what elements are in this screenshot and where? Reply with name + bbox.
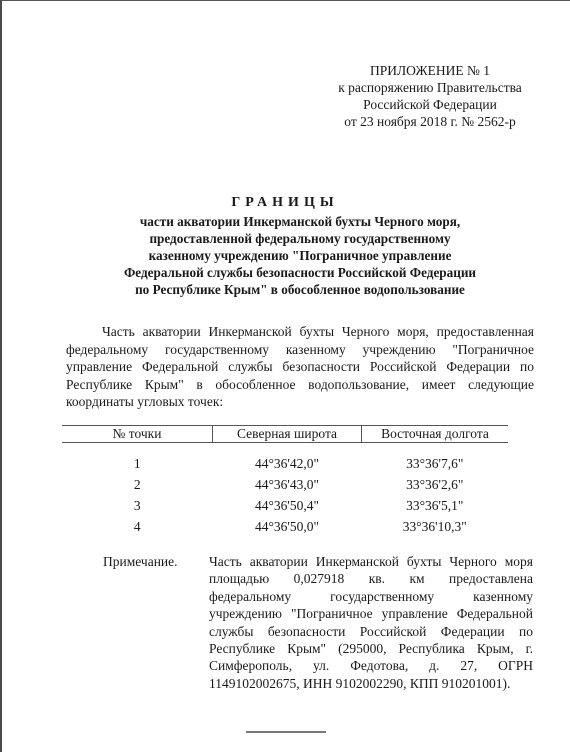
document-title: ГРАНИЦЫ	[0, 195, 570, 211]
subtitle-line: по Республике Крым" в обособленное водоп…	[100, 281, 500, 298]
latitude: 44°36'42,0"	[213, 453, 362, 474]
point-number: 2	[62, 474, 213, 495]
subtitle-line: казенному учреждению "Пограничное управл…	[100, 247, 500, 264]
coordinates-table: № точки Северная широта Восточная долгот…	[62, 425, 508, 537]
appendix-date: от 23 ноября 2018 г. № 2562-р	[300, 113, 560, 130]
table-header-row: № точки Северная широта Восточная долгот…	[62, 426, 508, 443]
latitude: 44°36'43,0"	[213, 474, 362, 495]
table-row: 2 44°36'43,0" 33°36'2,6"	[62, 474, 508, 495]
note-label: Примечание.	[103, 553, 203, 570]
subtitle-line: предоставленной федеральному государстве…	[100, 230, 500, 247]
longitude: 33°36'2,6"	[362, 474, 509, 495]
body-paragraph: Часть акватории Инкерманской бухты Черно…	[66, 323, 534, 411]
appendix-number: ПРИЛОЖЕНИЕ № 1	[300, 62, 560, 79]
point-number: 3	[62, 495, 213, 516]
header-longitude: Восточная долгота	[362, 426, 509, 443]
point-number: 1	[62, 453, 213, 474]
table-row: 1 44°36'42,0" 33°36'7,6"	[62, 453, 508, 474]
latitude: 44°36'50,4"	[213, 495, 362, 516]
longitude: 33°36'10,3"	[362, 516, 509, 537]
header-point-number: № точки	[62, 426, 213, 443]
latitude: 44°36'50,0"	[213, 516, 362, 537]
note-text-block: Часть акватории Инкерманской бухты Черно…	[209, 553, 533, 692]
subtitle-line: части акватории Инкерманской бухты Черно…	[100, 213, 500, 230]
end-divider	[246, 731, 326, 733]
appendix-ref-gov: Российской Федерации	[300, 96, 560, 113]
table-row: 3 44°36'50,4" 33°36'5,1"	[62, 495, 508, 516]
longitude: 33°36'7,6"	[362, 453, 509, 474]
longitude: 33°36'5,1"	[362, 495, 509, 516]
header-latitude: Северная широта	[213, 426, 362, 443]
appendix-header: ПРИЛОЖЕНИЕ № 1 к распоряжению Правительс…	[300, 62, 560, 130]
body-text: Часть акватории Инкерманской бухты Черно…	[66, 323, 534, 411]
document-subtitle: части акватории Инкерманской бухты Черно…	[100, 213, 500, 298]
point-number: 4	[62, 516, 213, 537]
note-text: Часть акватории Инкерманской бухты Черно…	[209, 553, 533, 692]
table-row: 4 44°36'50,0" 33°36'10,3"	[62, 516, 508, 537]
subtitle-line: Федеральной службы безопасности Российск…	[100, 264, 500, 281]
appendix-ref: к распоряжению Правительства	[300, 79, 560, 96]
